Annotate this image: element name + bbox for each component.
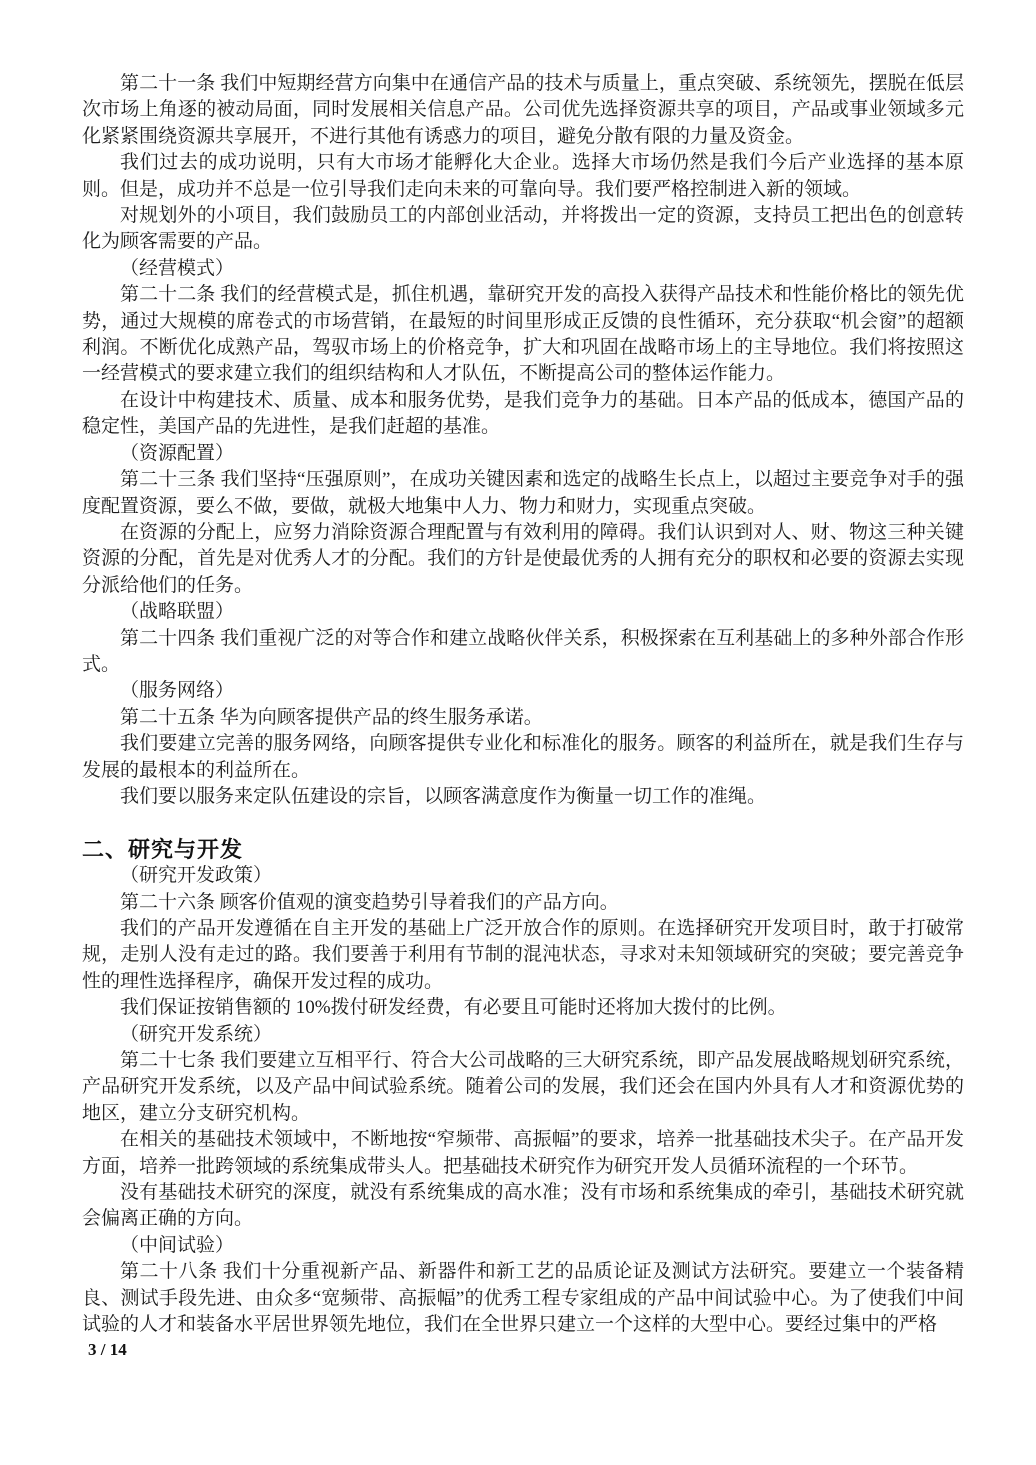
section-label-rd-system: （研究开发系统） [82,1022,964,1048]
chapter-heading-research-development: 二、研究与开发 [82,837,964,863]
article-26-paragraph-2: 我们的产品开发遵循在自主开发的基础上广泛开放合作的原则。在选择研究开发项目时，敢… [82,916,964,995]
article-21-paragraph: 第二十一条 我们中短期经营方向集中在通信产品的技术与质量上，重点突破、系统领先，… [82,71,964,150]
section-label-pilot-test: （中间试验） [82,1233,964,1259]
article-25-paragraph-2: 我们要建立完善的服务网络，向顾客提供专业化和标准化的服务。顾客的利益所在，就是我… [82,731,964,784]
article-27-paragraph: 第二十七条 我们要建立互相平行、符合大公司战略的三大研究系统，即产品发展战略规划… [82,1048,964,1127]
document-body: 第二十一条 我们中短期经营方向集中在通信产品的技术与质量上，重点突破、系统领先，… [82,71,964,1338]
article-25-paragraph-3: 我们要以服务来定队伍建设的宗旨，以顾客满意度作为衡量一切工作的准绳。 [82,784,964,810]
section-label-service-network: （服务网络） [82,678,964,704]
article-28-paragraph: 第二十八条 我们十分重视新产品、新器件和新工艺的品质论证及测试方法研究。要建立一… [82,1259,964,1338]
article-24-paragraph: 第二十四条 我们重视广泛的对等合作和建立战略伙伴关系，积极探索在互利基础上的多种… [82,626,964,679]
article-26-paragraph-3: 我们保证按销售额的 10%拨付研发经费，有必要且可能时还将加大拨付的比例。 [82,995,964,1021]
article-22-paragraph: 第二十二条 我们的经营模式是，抓住机遇，靠研究开发的高投入获得产品技术和性能价格… [82,282,964,388]
article-21-paragraph-2: 我们过去的成功说明，只有大市场才能孵化大企业。选择大市场仍然是我们今后产业选择的… [82,150,964,203]
section-label-strategic-alliance: （战略联盟） [82,599,964,625]
article-27-paragraph-3: 没有基础技术研究的深度，就没有系统集成的高水准；没有市场和系统集成的牵引，基础技… [82,1180,964,1233]
article-21-paragraph-3: 对规划外的小项目，我们鼓励员工的内部创业活动，并将拨出一定的资源，支持员工把出色… [82,203,964,256]
section-label-business-model: （经营模式） [82,256,964,282]
section-label-resource-allocation: （资源配置） [82,441,964,467]
article-23-paragraph-2: 在资源的分配上，应努力消除资源合理配置与有效利用的障碍。我们认识到对人、财、物这… [82,520,964,599]
page-number: 3 / 14 [88,1340,127,1360]
document-page: 第二十一条 我们中短期经营方向集中在通信产品的技术与质量上，重点突破、系统领先，… [0,0,1036,1465]
article-26-paragraph: 第二十六条 顾客价值观的演变趋势引导着我们的产品方向。 [82,890,964,916]
article-22-paragraph-2: 在设计中构建技术、质量、成本和服务优势，是我们竞争力的基础。日本产品的低成本，德… [82,388,964,441]
article-27-paragraph-2: 在相关的基础技术领域中，不断地按“窄频带、高振幅”的要求，培养一批基础技术尖子。… [82,1127,964,1180]
article-25-paragraph: 第二十五条 华为向顾客提供产品的终生服务承诺。 [82,705,964,731]
section-label-rd-policy: （研究开发政策） [82,863,964,889]
article-23-paragraph: 第二十三条 我们坚持“压强原则”，在成功关键因素和选定的战略生长点上，以超过主要… [82,467,964,520]
